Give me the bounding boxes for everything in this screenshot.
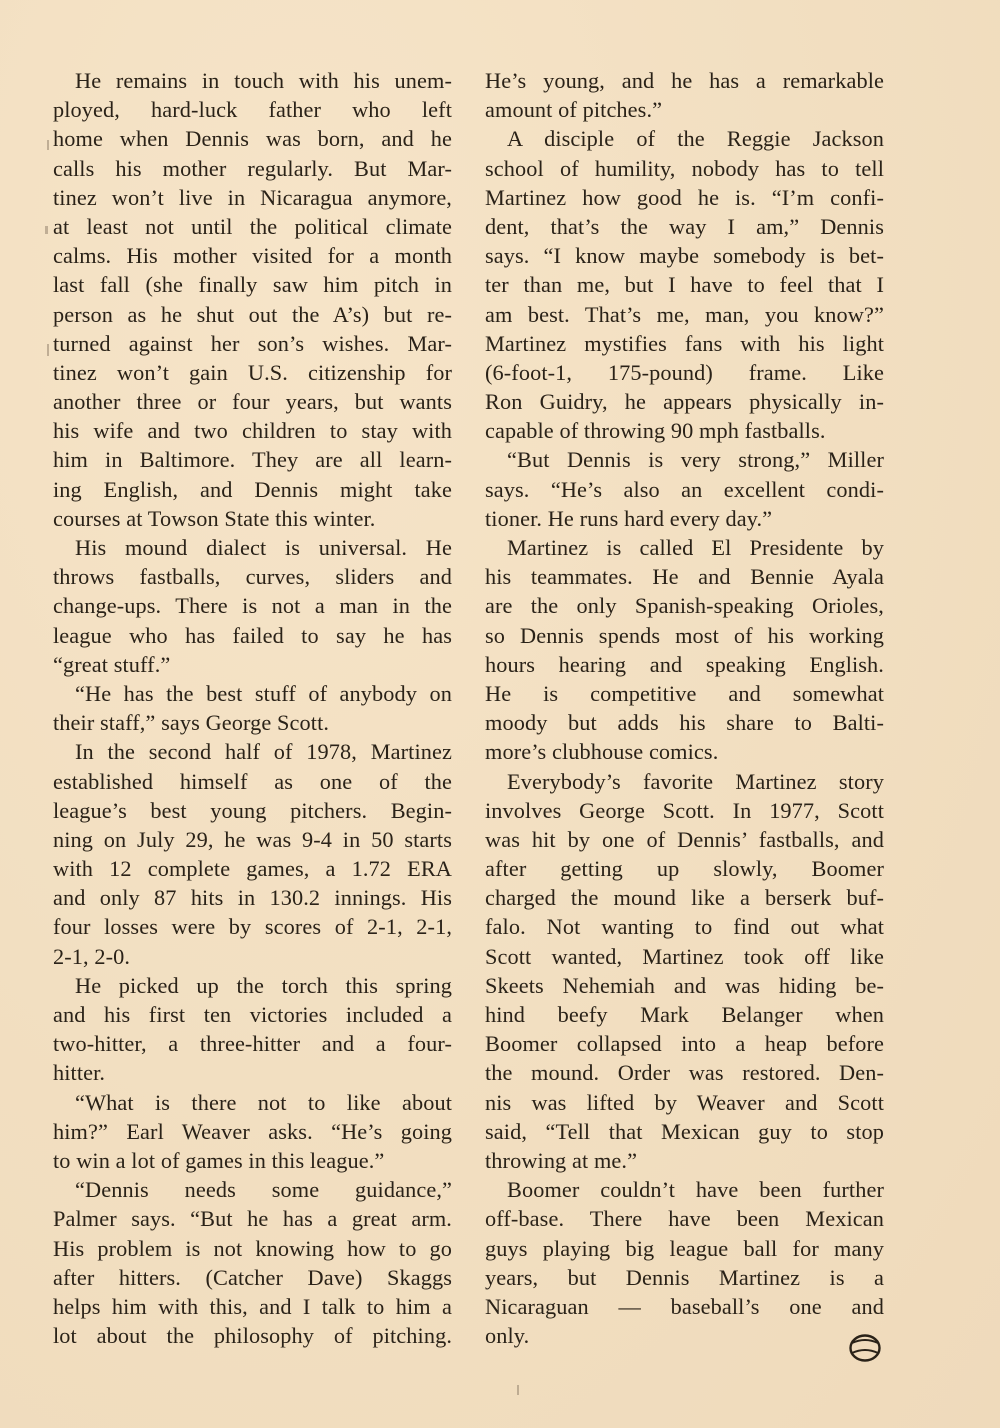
text-line: ning on July 29, he was 9-4 in 50 starts (53, 825, 452, 854)
text-line: person as he shut out the A’s) but re- (53, 300, 452, 329)
text-line: four losses were by scores of 2-1, 2-1, (53, 912, 452, 941)
text-line: Boomer couldn’t have been further (485, 1175, 884, 1204)
text-line: amount of pitches.” (485, 95, 884, 124)
text-line: charged the mound like a berserk buf- (485, 883, 884, 912)
left-column: He remains in touch with his unem-ployed… (53, 66, 452, 1350)
text-line: another three or four years, but wants (53, 387, 452, 416)
text-line: league who has failed to say he has (53, 621, 452, 650)
text-line: Scott wanted, Martinez took off like (485, 942, 884, 971)
text-line: Everybody’s favorite Martinez story (485, 767, 884, 796)
text-line: change-ups. There is not a man in the (53, 591, 452, 620)
text-line: He’s young, and he has a remarkable (485, 66, 884, 95)
text-line: ployed, hard-luck father who left (53, 95, 452, 124)
text-line: Palmer says. “But he has a great arm. (53, 1204, 452, 1233)
text-line: His problem is not knowing how to go (53, 1234, 452, 1263)
right-column: He’s young, and he has a remarkableamoun… (485, 66, 884, 1350)
text-line: him in Baltimore. They are all learn- (53, 445, 452, 474)
text-line: nis was lifted by Weaver and Scott (485, 1088, 884, 1117)
text-line: tinez won’t live in Nicaragua anymore, (53, 183, 452, 212)
text-line: calls his mother regularly. But Mar- (53, 154, 452, 183)
text-line: “great stuff.” (53, 650, 452, 679)
text-line: involves George Scott. In 1977, Scott (485, 796, 884, 825)
text-line: to win a lot of games in this league.” (53, 1146, 452, 1175)
text-line: In the second half of 1978, Martinez (53, 737, 452, 766)
text-line: hind beefy Mark Belanger when (485, 1000, 884, 1029)
text-line: years, but Dennis Martinez is a (485, 1263, 884, 1292)
text-line: 2-1, 2-0. (53, 942, 452, 971)
paper-speck (47, 140, 49, 150)
text-line: Boomer collapsed into a heap before (485, 1029, 884, 1058)
paper-speck (45, 226, 48, 234)
text-line: so Dennis spends most of his working (485, 621, 884, 650)
text-line: his teammates. He and Bennie Ayala (485, 562, 884, 591)
text-line: league’s best young pitchers. Begin- (53, 796, 452, 825)
text-line: after getting up slowly, Boomer (485, 854, 884, 883)
text-line: says. “I know maybe somebody is bet- (485, 241, 884, 270)
text-line: says. “He’s also an excellent condi- (485, 475, 884, 504)
text-line: Martinez is called El Presidente by (485, 533, 884, 562)
text-line: He is competitive and somewhat (485, 679, 884, 708)
text-line: He picked up the torch this spring (53, 971, 452, 1000)
text-line: Martinez mystifies fans with his light (485, 329, 884, 358)
text-line: ing English, and Dennis might take (53, 475, 452, 504)
text-line: am best. That’s me, man, you know?” (485, 300, 884, 329)
text-line: their staff,” says George Scott. (53, 708, 452, 737)
text-line: and his first ten victories included a (53, 1000, 452, 1029)
text-line: with 12 complete games, a 1.72 ERA (53, 854, 452, 883)
text-line: said, “Tell that Mexican guy to stop (485, 1117, 884, 1146)
text-line: are the only Spanish-speaking Orioles, (485, 591, 884, 620)
text-line: him?” Earl Weaver asks. “He’s going (53, 1117, 452, 1146)
text-line: established himself as one of the (53, 767, 452, 796)
text-line: his wife and two children to stay with (53, 416, 452, 445)
text-line: lot about the philosophy of pitching. (53, 1321, 452, 1350)
text-line: (6-foot-1, 175-pound) frame. Like (485, 358, 884, 387)
text-line: “He has the best stuff of anybody on (53, 679, 452, 708)
text-line: hitter. (53, 1058, 452, 1087)
magazine-page: He remains in touch with his unem-ployed… (0, 0, 1000, 1428)
text-line: at least not until the political climate (53, 212, 452, 241)
text-line: “But Dennis is very strong,” Miller (485, 445, 884, 474)
text-line: Nicaraguan — baseball’s one and (485, 1292, 884, 1321)
text-line: school of humility, nobody has to tell (485, 154, 884, 183)
text-line: Martinez how good he is. “I’m confi- (485, 183, 884, 212)
text-line: He remains in touch with his unem- (53, 66, 452, 95)
text-line: more’s clubhouse comics. (485, 737, 884, 766)
text-line: tioner. He runs hard every day.” (485, 504, 884, 533)
text-line: His mound dialect is universal. He (53, 533, 452, 562)
text-line: dent, that’s the way I am,” Dennis (485, 212, 884, 241)
text-line: after hitters. (Catcher Dave) Skaggs (53, 1263, 452, 1292)
text-line: turned against her son’s wishes. Mar- (53, 329, 452, 358)
text-line: home when Dennis was born, and he (53, 124, 452, 153)
text-line: last fall (she finally saw him pitch in (53, 270, 452, 299)
baseball-icon (848, 1333, 882, 1363)
text-line: and only 87 hits in 130.2 innings. His (53, 883, 452, 912)
text-line: capable of throwing 90 mph fastballs. (485, 416, 884, 445)
text-line: guys playing big league ball for many (485, 1234, 884, 1263)
paper-speck (517, 1385, 519, 1395)
text-line: ter than me, but I have to feel that I (485, 270, 884, 299)
text-line: two-hitter, a three-hitter and a four- (53, 1029, 452, 1058)
text-line: Skeets Nehemiah and was hiding be- (485, 971, 884, 1000)
text-line: falo. Not wanting to find out what (485, 912, 884, 941)
text-line: courses at Towson State this winter. (53, 504, 452, 533)
text-line: helps him with this, and I talk to him a (53, 1292, 452, 1321)
text-line: throws fastballs, curves, sliders and (53, 562, 452, 591)
text-line: throwing at me.” (485, 1146, 884, 1175)
text-line: only. (485, 1321, 884, 1350)
text-line: the mound. Order was restored. Den- (485, 1058, 884, 1087)
text-line: moody but adds his share to Balti- (485, 708, 884, 737)
text-line: was hit by one of Dennis’ fastballs, and (485, 825, 884, 854)
text-line: hours hearing and speaking English. (485, 650, 884, 679)
text-line: Ron Guidry, he appears physically in- (485, 387, 884, 416)
text-line: “Dennis needs some guidance,” (53, 1175, 452, 1204)
text-line: “What is there not to like about (53, 1088, 452, 1117)
paper-speck (47, 344, 49, 356)
text-line: A disciple of the Reggie Jackson (485, 124, 884, 153)
text-line: off-base. There have been Mexican (485, 1204, 884, 1233)
text-line: tinez won’t gain U.S. citizenship for (53, 358, 452, 387)
text-line: calms. His mother visited for a month (53, 241, 452, 270)
